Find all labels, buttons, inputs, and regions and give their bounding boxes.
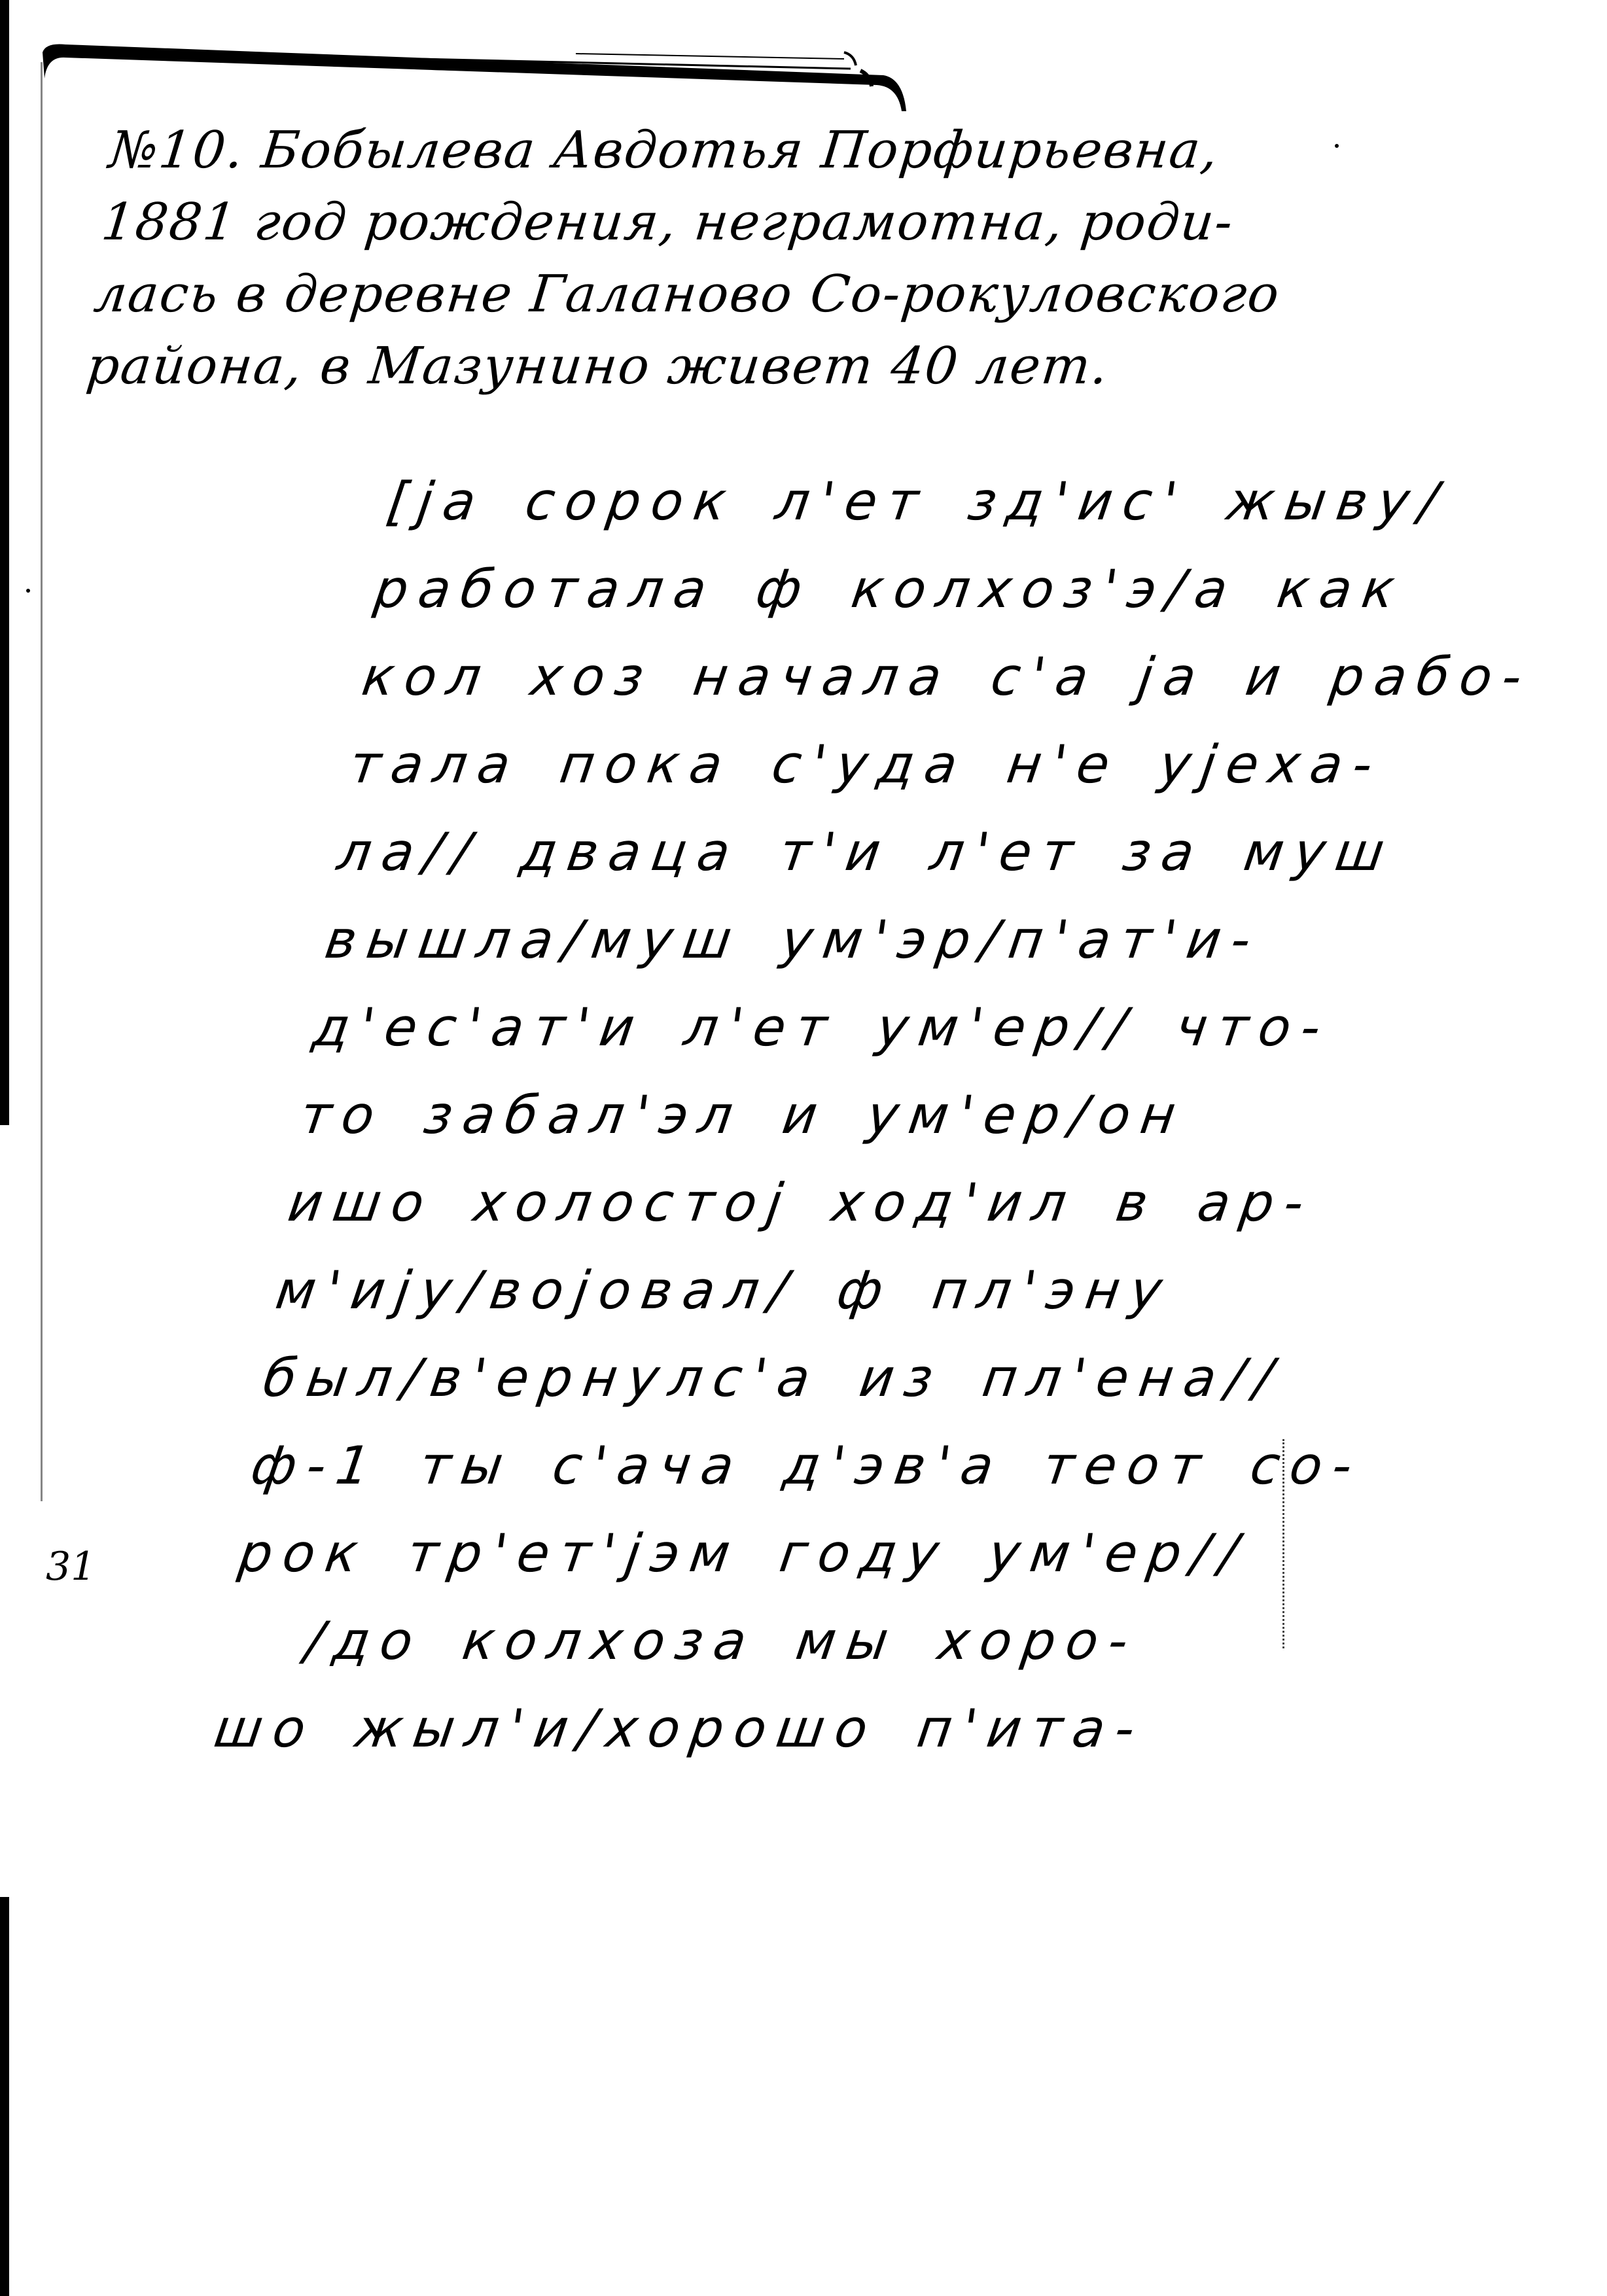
transcript-line: /до колхоза мы хоро- xyxy=(221,1597,1294,1685)
page-left-edge xyxy=(41,62,43,1501)
informant-header: №10. Бобылева Авдотья Порфирьевна, 1881 … xyxy=(83,114,1356,402)
transcript-line: кол хоз начала с'а ja и рабо- xyxy=(357,633,1429,721)
transcript-line: рок тр'ет'jэм году ум'ер// xyxy=(233,1510,1305,1597)
transcript-line: работала ф колхоз'э/а как xyxy=(369,546,1441,633)
header-line: №10. Бобылева Авдотья Порфирьевна, xyxy=(106,114,1357,186)
transcript-line: вышла/муш ум'эр/п'ат'и- xyxy=(319,896,1392,984)
transcript-line: ф-1 ты с'ача д'эв'а теот со- xyxy=(245,1422,1318,1510)
header-line: 1881 год рождения, неграмотна, роди- xyxy=(98,186,1349,258)
header-line: района, в Мазунино живет 40 лет. xyxy=(83,330,1334,402)
scan-speck xyxy=(1335,144,1339,148)
scan-edge-gap xyxy=(0,1125,9,1897)
page-number: 31 xyxy=(46,1544,96,1590)
transcript-line: [ja сорок л'ет зд'ис' жыву/ xyxy=(381,458,1453,546)
transcript-line: м'иjу/воjовал/ ф пл'эну xyxy=(270,1247,1343,1334)
notebook-binding-edge xyxy=(39,39,1341,111)
scan-speck xyxy=(26,589,30,593)
transcript-line: то забал'эл и ум'ер/он xyxy=(295,1071,1368,1159)
transcript-line: шо жыл'и/хорошо п'ита- xyxy=(209,1685,1281,1773)
page-right-edge-marks xyxy=(1282,1439,1287,1648)
dialect-transcript: [ja сорок л'ет зд'ис' жыву/ работала ф к… xyxy=(209,458,1453,1773)
transcript-line: был/в'ернулс'а из пл'ена// xyxy=(258,1334,1330,1422)
transcript-line: ишо холостоj ход'ил в ар- xyxy=(283,1159,1355,1247)
transcript-line: д'ес'ат'и л'ет ум'ер// что- xyxy=(307,984,1379,1071)
transcript-line: ла// дваца т'и л'ет за муш xyxy=(332,809,1404,896)
binding-strokes-icon xyxy=(39,39,1341,111)
transcript-line: тала пока с'уда н'е уjеха- xyxy=(344,721,1417,809)
header-line: лась в деревне Галаново Со-рокуловского xyxy=(90,258,1341,330)
